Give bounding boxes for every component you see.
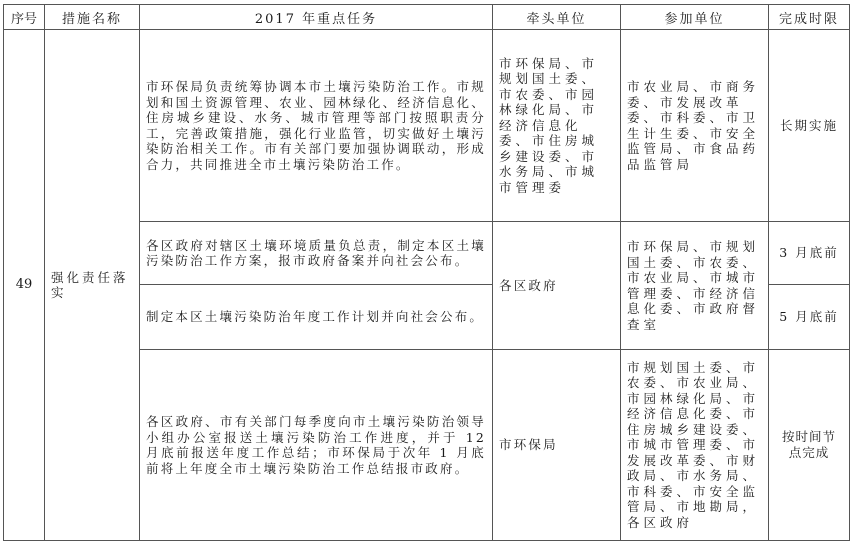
header-row: 序号 措施名称 2017 年重点任务 牵头单位 参加单位 完成时限 [4, 5, 850, 30]
deadline-cell: 按时间节点完成 [769, 350, 850, 541]
participants-cell: 市规划国土委、市农委、市农业局、市园林绿化局、市经济信息化委、市住房城乡建设委、… [621, 350, 769, 541]
deadline-cell: 长期实施 [769, 30, 850, 222]
seq-cell: 49 [4, 30, 45, 541]
header-tasks: 2017 年重点任务 [140, 5, 493, 30]
measure-cell: 强化责任落实 [45, 30, 140, 541]
task-cell: 各区政府、市有关部门每季度向市土壤污染防治领导小组办公室报送土壤污染防治工作进度… [140, 350, 493, 541]
deadline-cell: 5 月底前 [769, 285, 850, 350]
lead-cell: 市环保局 [493, 350, 621, 541]
task-table: 序号 措施名称 2017 年重点任务 牵头单位 参加单位 完成时限 49 强化责… [3, 4, 850, 541]
participants-cell: 市农业局、市商务委、市发展改革委、市科委、市卫生计生委、市安全监管局、市食品药品… [621, 30, 769, 222]
deadline-cell: 3 月底前 [769, 222, 850, 285]
participants-cell: 市环保局、市规划国土委、市农委、市农业局、市城市管理委、市经济信息化委、市政府督… [621, 222, 769, 350]
table-row: 49 强化责任落实 市环保局负责统筹协调本市土壤污染防治工作。市规划和国土资源管… [4, 30, 850, 222]
header-deadline: 完成时限 [769, 5, 850, 30]
task-cell: 市环保局负责统筹协调本市土壤污染防治工作。市规划和国土资源管理、农业、园林绿化、… [140, 30, 493, 222]
task-cell: 制定本区土壤污染防治年度工作计划并向社会公布。 [140, 285, 493, 350]
header-measure: 措施名称 [45, 5, 140, 30]
header-lead: 牵头单位 [493, 5, 621, 30]
header-participants: 参加单位 [621, 5, 769, 30]
lead-cell: 各区政府 [493, 222, 621, 350]
header-seq: 序号 [4, 5, 45, 30]
lead-cell: 市环保局、市规划国土委、市农委、市园林绿化局、市经济信息化委、市住房城乡建设委、… [493, 30, 621, 222]
task-cell: 各区政府对辖区土壤环境质量负总责，制定本区土壤污染防治工作方案，报市政府备案并向… [140, 222, 493, 285]
